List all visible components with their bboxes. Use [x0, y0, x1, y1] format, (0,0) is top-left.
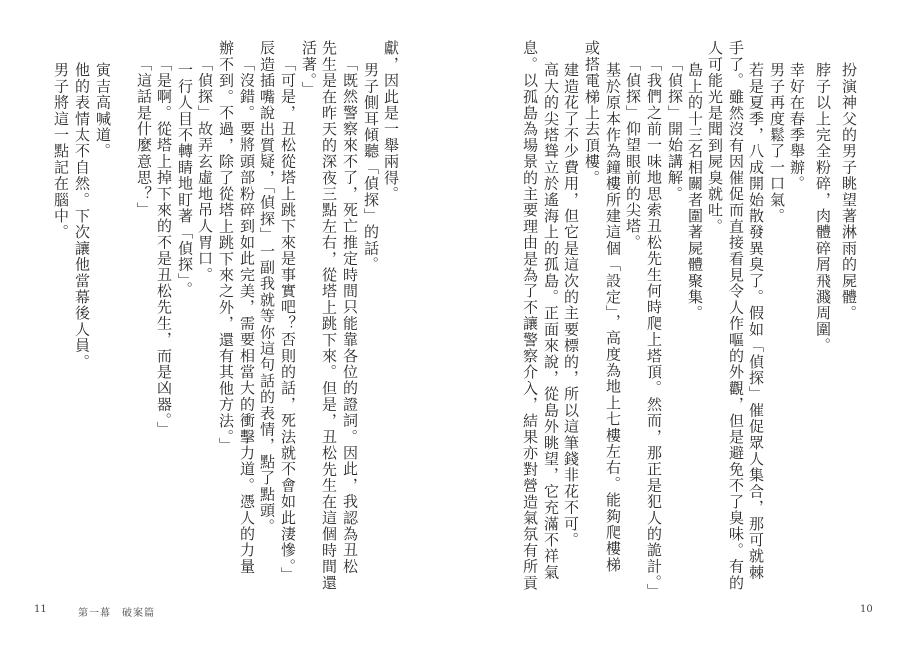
text-column: 扮演神父的男子眺望著淋雨的屍體。: [840, 62, 857, 321]
text-column: 男子再度鬆了一口氣。: [768, 62, 785, 224]
page-number-right: 10: [860, 604, 873, 615]
text-column: 一行人目不轉睛地盯著「偵探」。: [176, 62, 193, 298]
text-column: 「是啊。從塔上掉下來的不是丑松先生，而是凶器。」: [155, 56, 172, 437]
text-column: 先生是在昨天的深夜三點左右，從塔上跳下來。但是，丑松先生在這個時間還: [320, 40, 337, 591]
text-column: 建造花了不少費用，但它是這次的主要標的，所以這筆錢非花不可。: [562, 62, 579, 548]
text-column: 男子將這一點記在腦中。: [52, 62, 69, 240]
text-column: 手了。雖然沒有因催促而直接看見令人作嘔的外觀，但是避免不了臭味。有的: [727, 40, 744, 591]
text-column: 脖子以上完全粉碎，肉體碎屑飛濺周圍。: [814, 62, 831, 354]
text-column: 「我們之前一味地思索丑松先生何時爬上塔頂。然而，那正是犯人的詭計。」: [645, 56, 662, 599]
text-column: 高大的尖塔聳立於遙海上的孤島。正面來說，從島外眺望，它充滿不祥氣: [542, 62, 559, 580]
text-column: 男子側耳傾聽「偵探」的話。: [362, 62, 379, 273]
text-column: 人可能光是聞到屍臭就吐。: [706, 40, 723, 234]
text-column: 他的表情太不自然。下次讓他當幕後人員。: [73, 62, 90, 370]
text-column: 「沒錯。要將頭部粉碎到如此完美，需要相當大的衝擊力道。憑人的力量: [238, 56, 255, 574]
text-column: 寅吉高喊道。: [94, 62, 111, 159]
page-number-left: 11: [34, 604, 47, 615]
text-column: 息。以孤島為場景的主要理由是為了不讓警察介入，結果亦對營造氣氛有所貢: [521, 40, 538, 591]
text-column: 辰造插嘴說出質疑，「偵探」一副我就等你這句話的表情，點了點頭。: [258, 40, 275, 535]
text-column: 基於原本作為鐘樓所建這個「設定」，高度為地上七樓左右。能夠爬樓梯: [604, 62, 621, 573]
text-column: 若是夏季，八成開始散發異臭了。假如「偵探」催促眾人集合，那可就棘: [747, 62, 764, 580]
text-column: 活著。」: [300, 40, 317, 97]
text-column: 辦不到。不過，除了從塔上跳下來之外，還有其他方法。」: [217, 40, 234, 454]
text-column: 「偵探」開始講解。: [666, 56, 683, 202]
text-column: 「既然警察來不了，死亡推定時間只能靠各位的證詞。因此，我認為丑松: [341, 56, 358, 574]
text-column: 幸好在春季舉辦。: [788, 62, 805, 192]
text-column: 或搭電梯上去頂樓。: [583, 40, 600, 186]
running-head: 第一幕 破案篇: [78, 604, 155, 619]
text-column: 獻，因此是一舉兩得。: [382, 40, 399, 202]
text-column: 「偵探」仰望眼前的尖塔。: [624, 56, 641, 250]
text-column: 「這話是什麼意思？」: [135, 56, 152, 218]
text-column: 「偵探」故弄玄虛地吊人胃口。: [196, 56, 213, 283]
text-column: 「可是，丑松從塔上跳下來是事實吧？否則的話，死法就不會如此淒慘。」: [279, 56, 296, 583]
text-column: 島上的十三名相關者圍著屍體聚集。: [686, 62, 703, 321]
